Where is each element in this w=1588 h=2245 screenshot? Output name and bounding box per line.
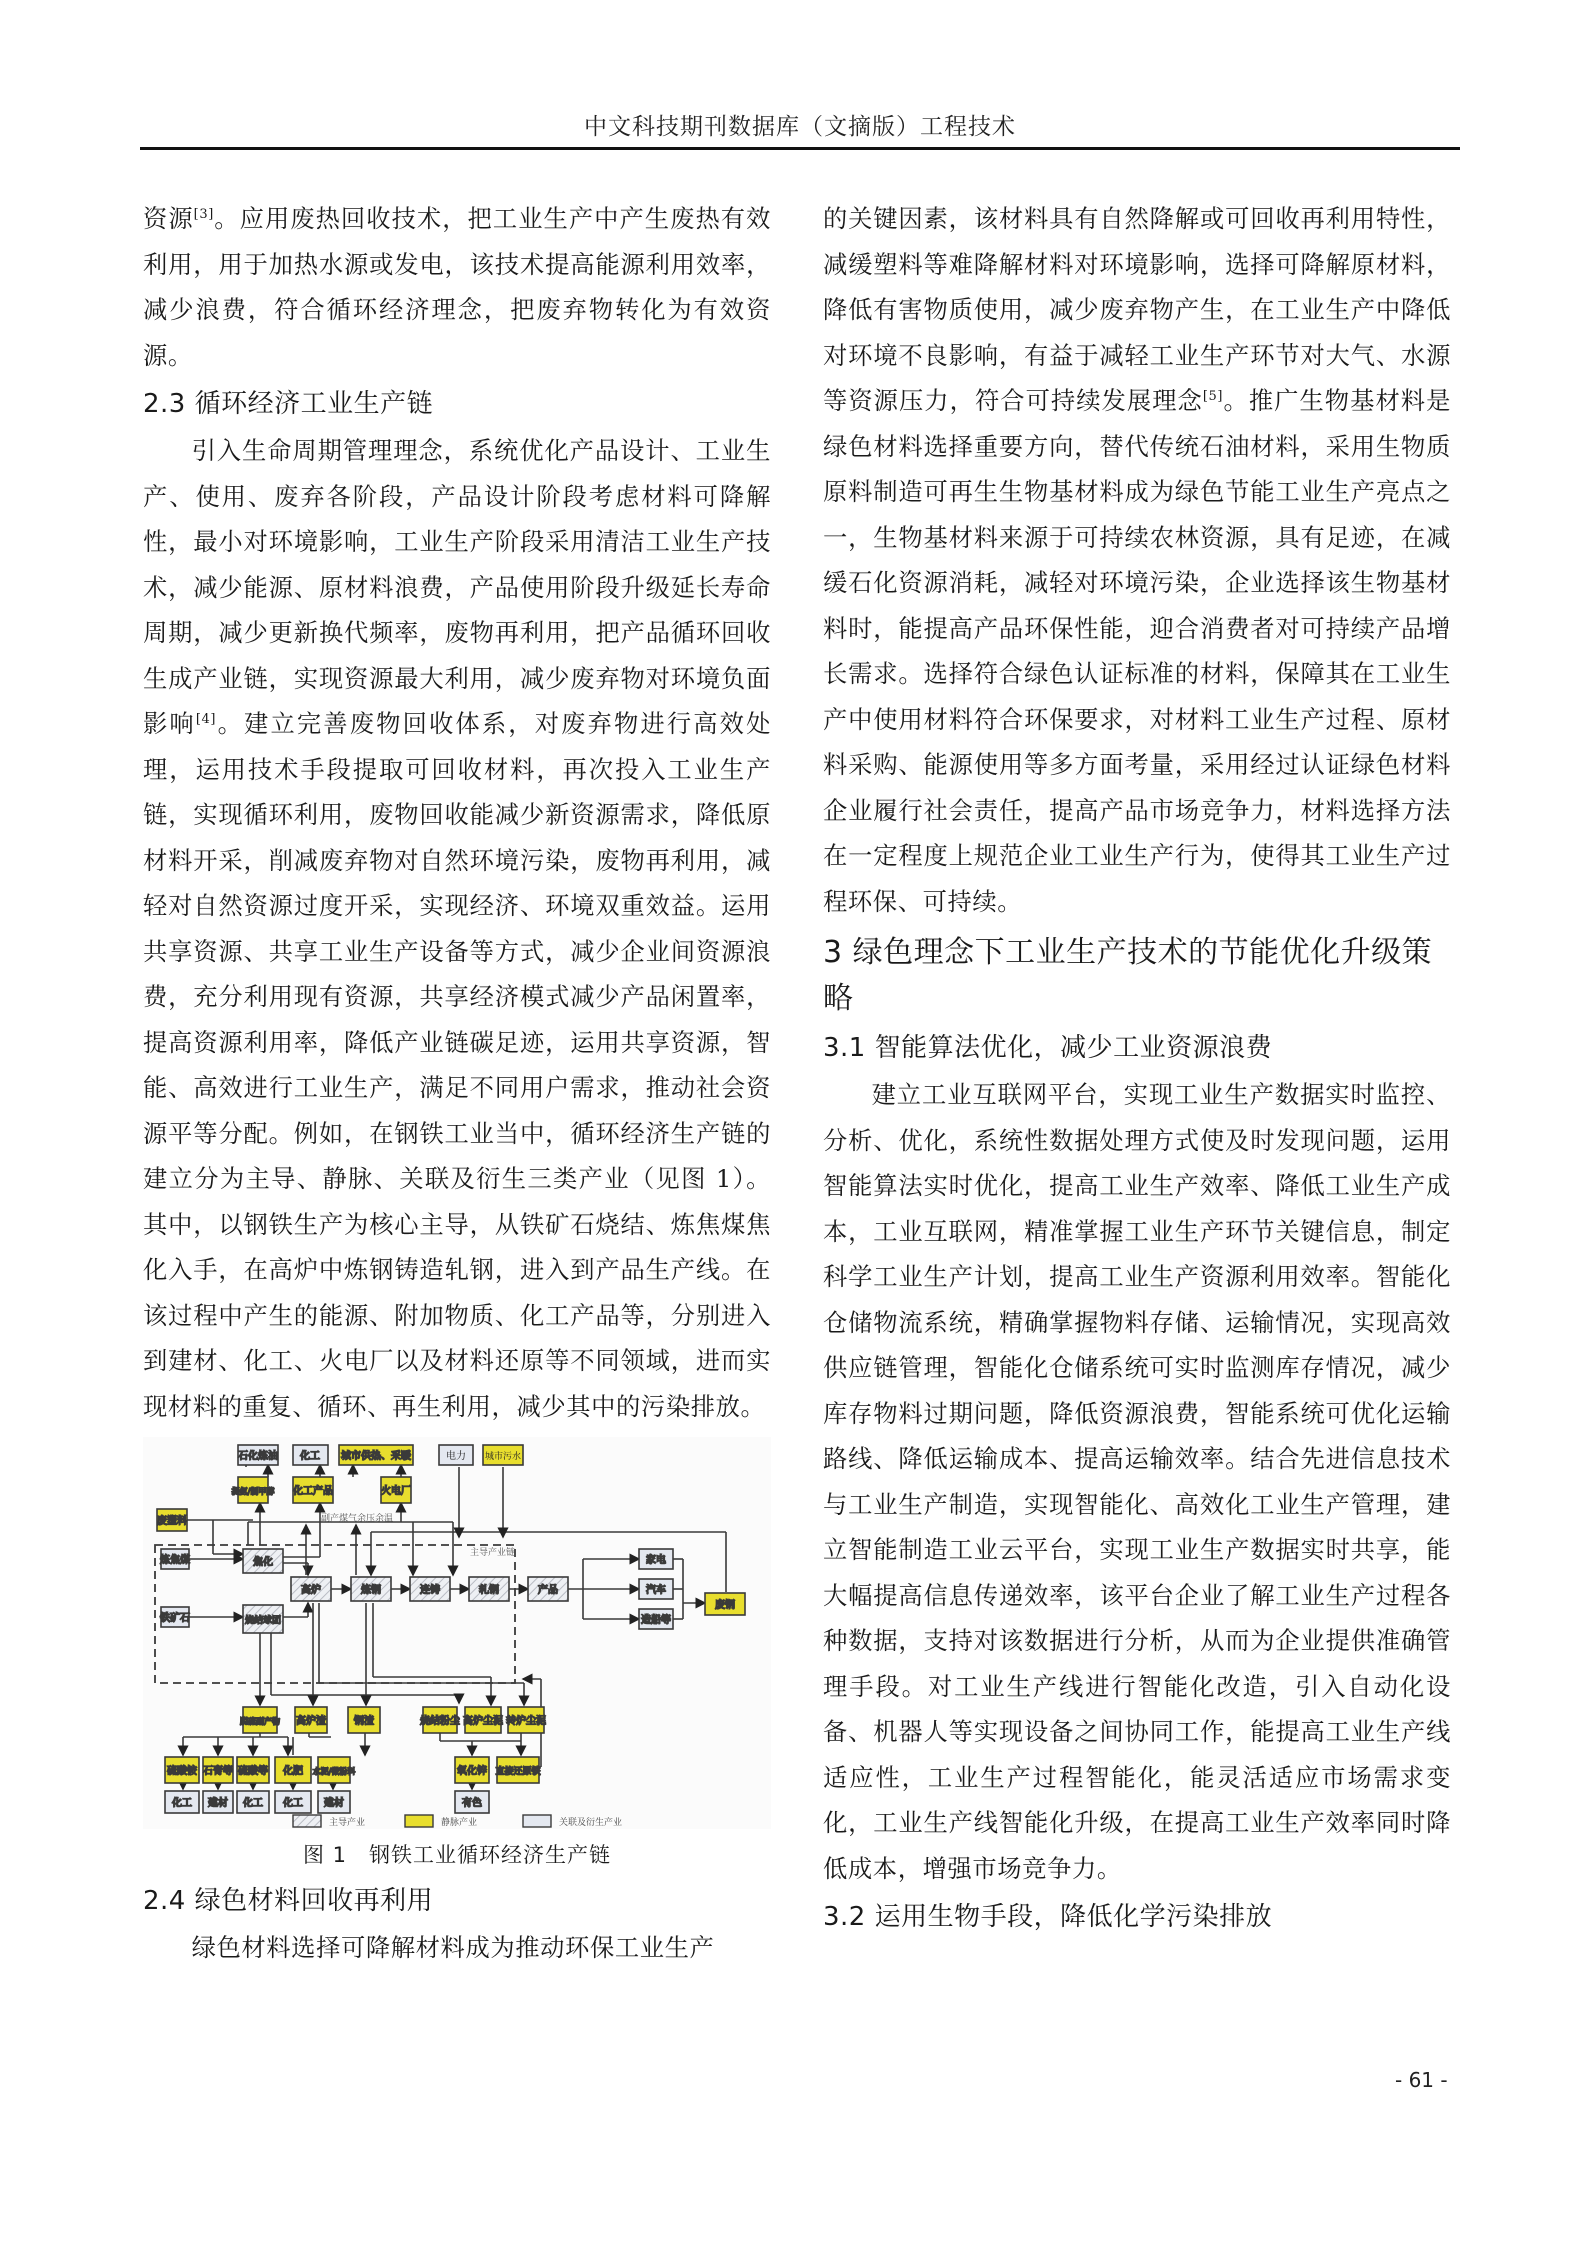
svg-text:提氨/制甲醇: 提氨/制甲醇 <box>232 1486 275 1496</box>
svg-text:汽车: 汽车 <box>646 1584 666 1596</box>
paragraph-waste-heat: 资源[3]。应用废热回收技术，把工业生产中产生废热有效利用，用于加热水源或发电，… <box>143 196 771 378</box>
paragraph-smart-algorithms: 建立工业互联网平台，实现工业生产数据实时监控、分析、优化，系统性数据处理方式使及… <box>823 1072 1451 1891</box>
svg-text:静脉产业: 静脉产业 <box>441 1816 477 1828</box>
svg-text:化工: 化工 <box>243 1796 263 1809</box>
svg-text:炼焦煤: 炼焦煤 <box>160 1553 190 1566</box>
svg-text:铁矿石: 铁矿石 <box>160 1611 190 1624</box>
header-rule <box>140 147 1460 150</box>
svg-text:建材: 建材 <box>208 1796 228 1809</box>
svg-text:烧结球团: 烧结球团 <box>245 1614 281 1626</box>
svg-text:化工: 化工 <box>172 1796 192 1809</box>
right-column: 的关键因素，该材料具有自然降解或可回收再利用特性，减缓塑料等难降解材料对环境影响… <box>823 196 1451 1941</box>
svg-text:石化炼油: 石化炼油 <box>238 1449 278 1462</box>
svg-text:火电厂: 火电厂 <box>381 1484 411 1497</box>
section-heading-3-1: 3.1 智能算法优化，减少工业资源浪费 <box>823 1024 1451 1072</box>
svg-text:副产煤气余压余温: 副产煤气余压余温 <box>321 1512 393 1524</box>
svg-text:水泥/微粉料: 水泥/微粉料 <box>313 1766 356 1776</box>
left-column: 资源[3]。应用废热回收技术，把工业生产中产生废热有效利用，用于加热水源或发电，… <box>143 196 771 1971</box>
svg-text:化工: 化工 <box>283 1796 303 1809</box>
paragraph-green-materials: 绿色材料选择可降解材料成为推动环保工业生产 <box>143 1925 771 1971</box>
svg-text:直接还原铁: 直接还原铁 <box>495 1765 540 1777</box>
citation-ref: [3] <box>194 207 214 222</box>
svg-text:脱硫副产物: 脱硫副产物 <box>240 1716 280 1726</box>
svg-text:连铸: 连铸 <box>420 1583 440 1596</box>
svg-text:硫酸等: 硫酸等 <box>238 1764 268 1777</box>
journal-header: 中文科技期刊数据库（文摘版）工程技术 <box>140 108 1460 141</box>
svg-text:主导产业链: 主导产业链 <box>470 1546 515 1558</box>
svg-text:产品: 产品 <box>538 1583 558 1596</box>
paragraph-biodegradable: 的关键因素，该材料具有自然降解或可回收再利用特性，减缓塑料等难降解材料对环境影响… <box>823 196 1451 924</box>
svg-text:高炉: 高炉 <box>301 1583 321 1596</box>
section-heading-3-2: 3.2 运用生物手段，降低化学污染排放 <box>823 1893 1451 1941</box>
svg-text:城市供热、采暖: 城市供热、采暖 <box>341 1449 411 1462</box>
section-heading-2-3: 2.3 循环经济工业生产链 <box>143 380 771 428</box>
svg-text:钢渣: 钢渣 <box>354 1714 374 1727</box>
svg-text:炼钢: 炼钢 <box>361 1583 381 1596</box>
citation-ref: [4] <box>196 712 216 727</box>
svg-text:电力: 电力 <box>446 1449 466 1462</box>
svg-text:关联及衍生产业: 关联及衍生产业 <box>559 1816 622 1828</box>
svg-text:石膏等: 石膏等 <box>203 1764 233 1777</box>
svg-text:轧钢: 轧钢 <box>479 1583 499 1596</box>
svg-text:高炉尘泥: 高炉尘泥 <box>463 1714 503 1727</box>
figure-steel-circular-chain: 石化炼油 化工 城市供热、采暖 提氨/制甲醇 化工产品 火电厂 废塑料 炼焦煤 … <box>143 1437 771 1829</box>
svg-text:建材: 建材 <box>324 1796 344 1809</box>
svg-text:城市污水: 城市污水 <box>485 1450 521 1462</box>
page-number: - 61 - <box>1395 2068 1448 2092</box>
svg-text:造船等: 造船等 <box>641 1613 671 1626</box>
section-heading-3: 3 绿色理念下工业生产技术的节能优化升级策略 <box>823 930 1451 1022</box>
paragraph-circular-economy: 引入生命周期管理理念，系统优化产品设计、工业生产、使用、废弃各阶段，产品设计阶段… <box>143 428 771 1429</box>
svg-text:有色: 有色 <box>462 1796 482 1809</box>
svg-text:高炉渣: 高炉渣 <box>296 1714 326 1727</box>
citation-ref: [5] <box>1203 389 1223 404</box>
svg-text:废塑料: 废塑料 <box>157 1514 187 1527</box>
svg-text:硫酸铵: 硫酸铵 <box>167 1764 198 1777</box>
svg-text:家电: 家电 <box>646 1553 666 1566</box>
svg-text:化肥: 化肥 <box>283 1764 303 1777</box>
svg-text:主导产业: 主导产业 <box>329 1816 365 1828</box>
figure-caption: 图 1 钢铁工业循环经济生产链 <box>143 1835 771 1875</box>
svg-text:氧化锌: 氧化锌 <box>457 1764 487 1777</box>
svg-text:转炉尘泥: 转炉尘泥 <box>506 1714 546 1727</box>
svg-text:烧结粉尘: 烧结粉尘 <box>420 1714 460 1727</box>
svg-text:废钢: 废钢 <box>715 1598 735 1611</box>
section-heading-2-4: 2.4 绿色材料回收再利用 <box>143 1877 771 1925</box>
svg-text:化工: 化工 <box>300 1449 320 1462</box>
svg-text:化工产品: 化工产品 <box>293 1484 333 1497</box>
svg-text:焦化: 焦化 <box>253 1555 273 1568</box>
